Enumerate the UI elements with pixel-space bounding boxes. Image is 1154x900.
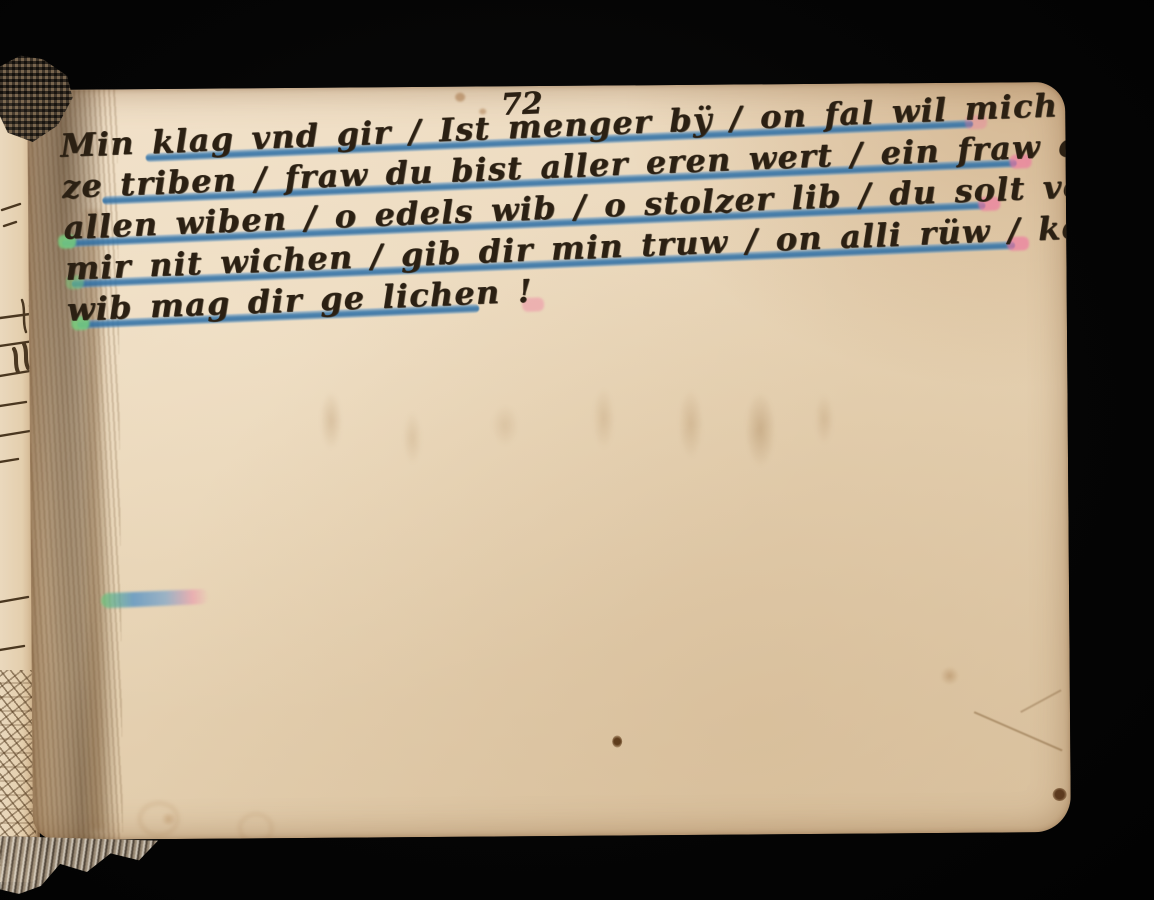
handwritten-text-block: 72 Min klag vnd gir / Ist menger bÿ / on… <box>59 86 1047 331</box>
crease-scratch <box>1020 689 1061 713</box>
crease-scratch <box>974 711 1063 751</box>
stain-spot <box>161 813 177 825</box>
binding-cloth-bottom <box>0 836 158 894</box>
faint-ring-stain <box>238 812 274 840</box>
stain-spot <box>455 93 465 102</box>
photograph-backdrop: 72 Min klag vnd gir / Ist menger bÿ / on… <box>0 0 1154 900</box>
stain-spot <box>612 735 622 747</box>
stain-spot <box>1053 788 1067 801</box>
manuscript-page: 72 Min klag vnd gir / Ist menger bÿ / on… <box>27 82 1071 840</box>
ink-showthrough-stain <box>284 369 865 494</box>
stain-spot <box>940 667 960 685</box>
faint-ring-stain <box>138 801 180 837</box>
